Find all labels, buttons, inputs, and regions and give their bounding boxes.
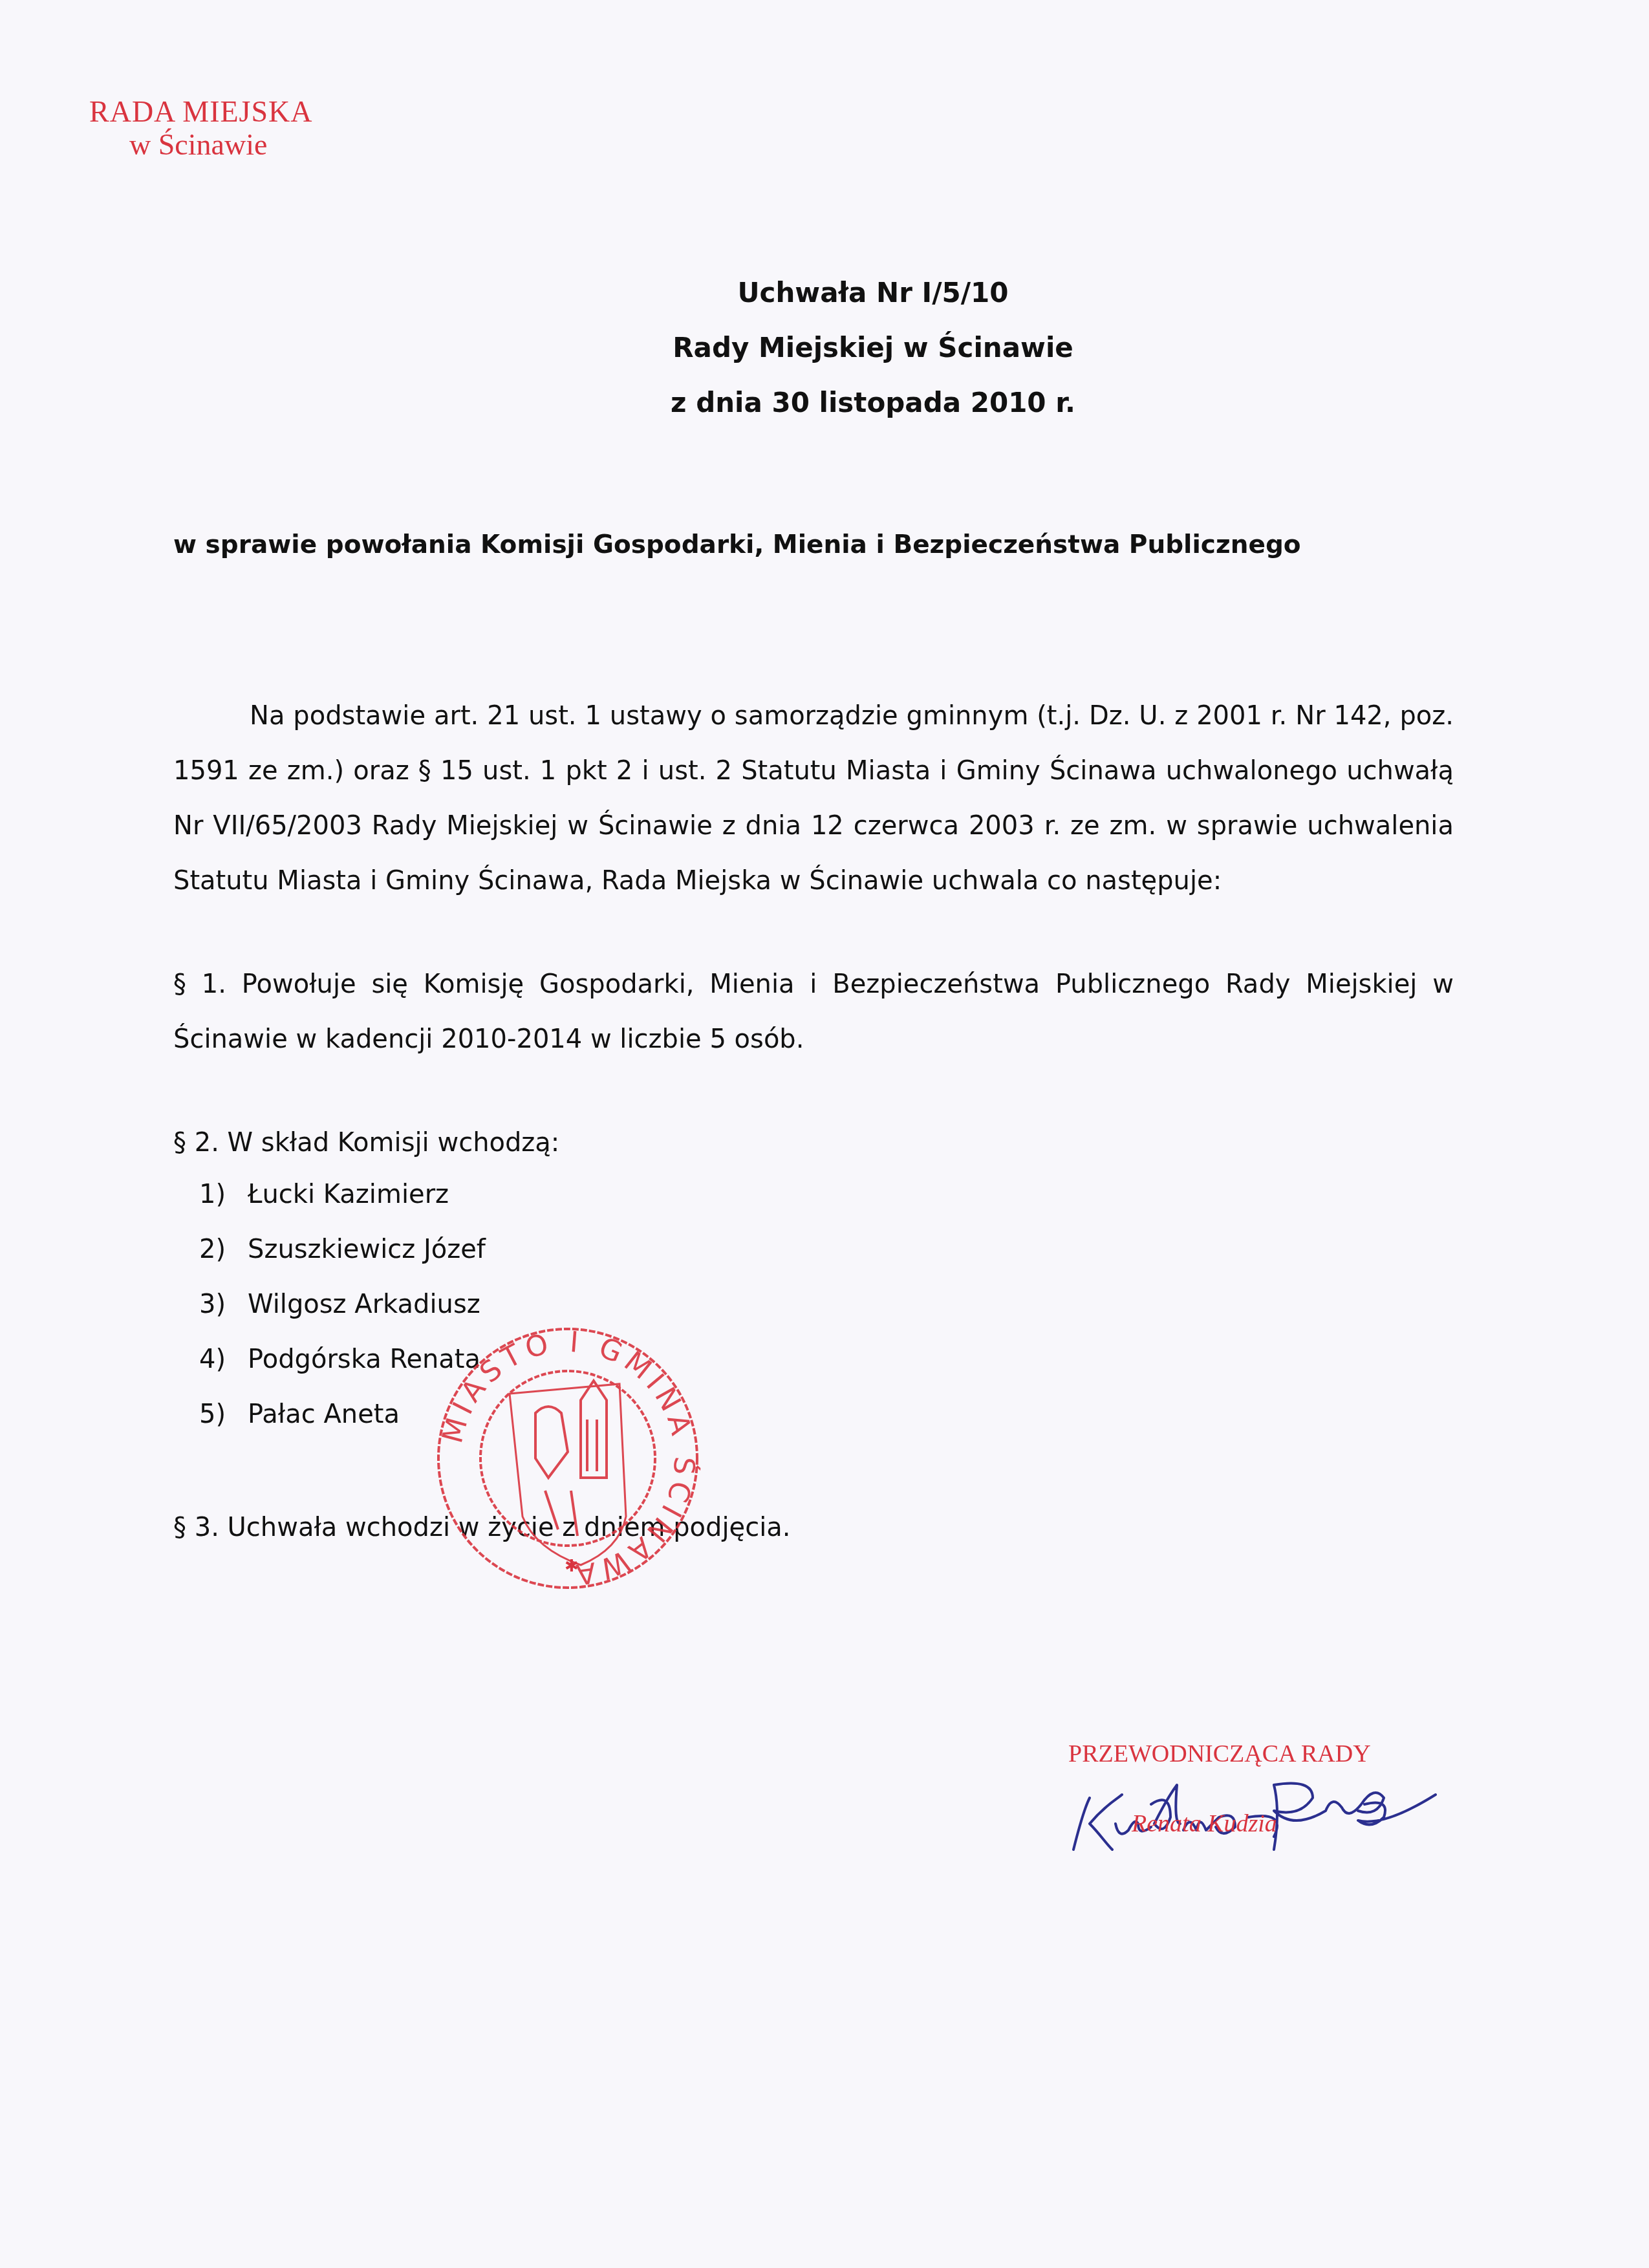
title-number: Uchwała Nr I/5/10 (97, 265, 1649, 320)
member-name: Szuszkiewicz Józef (248, 1222, 486, 1277)
member-name: Łucki Kazimierz (248, 1167, 449, 1222)
title-council: Rady Miejskiej w Ścinawie (97, 320, 1649, 375)
list-item: 1)Łucki Kazimierz (199, 1167, 486, 1222)
member-name: Pałac Aneta (248, 1387, 400, 1442)
title-date: z dnia 30 listopada 2010 r. (97, 375, 1649, 430)
paragraph-3: § 3. Uchwała wchodzi w życie z dniem pod… (173, 1500, 1454, 1555)
resolution-title: Uchwała Nr I/5/10 Rady Miejskiej w Ścina… (0, 265, 1649, 430)
paragraph-1: § 1. Powołuje się Komisję Gospodarki, Mi… (173, 957, 1454, 1067)
list-item: 2)Szuszkiewicz Józef (199, 1222, 486, 1277)
signatory-name: Renata Kudzia (1132, 1809, 1277, 1838)
paragraph-2-intro: § 2. W skład Komisji wchodzą: (173, 1116, 1454, 1171)
member-number: 4) (199, 1332, 248, 1387)
chairwoman-signature-block: PRZEWODNICZĄCA RADY Renata Kudzia (1061, 1740, 1449, 1856)
svg-text:MIASTO I GMINA ŚCINAWA: MIASTO I GMINA ŚCINAWA (436, 1326, 702, 1592)
header-stamp-line2: w Ścinawie (89, 129, 313, 162)
header-stamp-line1: RADA MIEJSKA (89, 96, 313, 129)
member-number: 3) (199, 1277, 248, 1332)
resolution-subject: w sprawie powołania Komisji Gospodarki, … (173, 530, 1301, 559)
official-seal-icon: MIASTO I GMINA ŚCINAWA ✱ (432, 1323, 704, 1594)
member-number: 1) (199, 1167, 248, 1222)
council-header-stamp: RADA MIEJSKA w Ścinawie (89, 96, 313, 161)
legal-basis-paragraph: Na podstawie art. 21 ust. 1 ustawy o sam… (173, 689, 1454, 909)
member-number: 5) (199, 1387, 248, 1442)
member-number: 2) (199, 1222, 248, 1277)
resolution-document: RADA MIEJSKA w Ścinawie Uchwała Nr I/5/1… (0, 0, 1649, 2268)
handwritten-signature-icon (1061, 1759, 1449, 1856)
svg-text:✱: ✱ (565, 1557, 579, 1576)
